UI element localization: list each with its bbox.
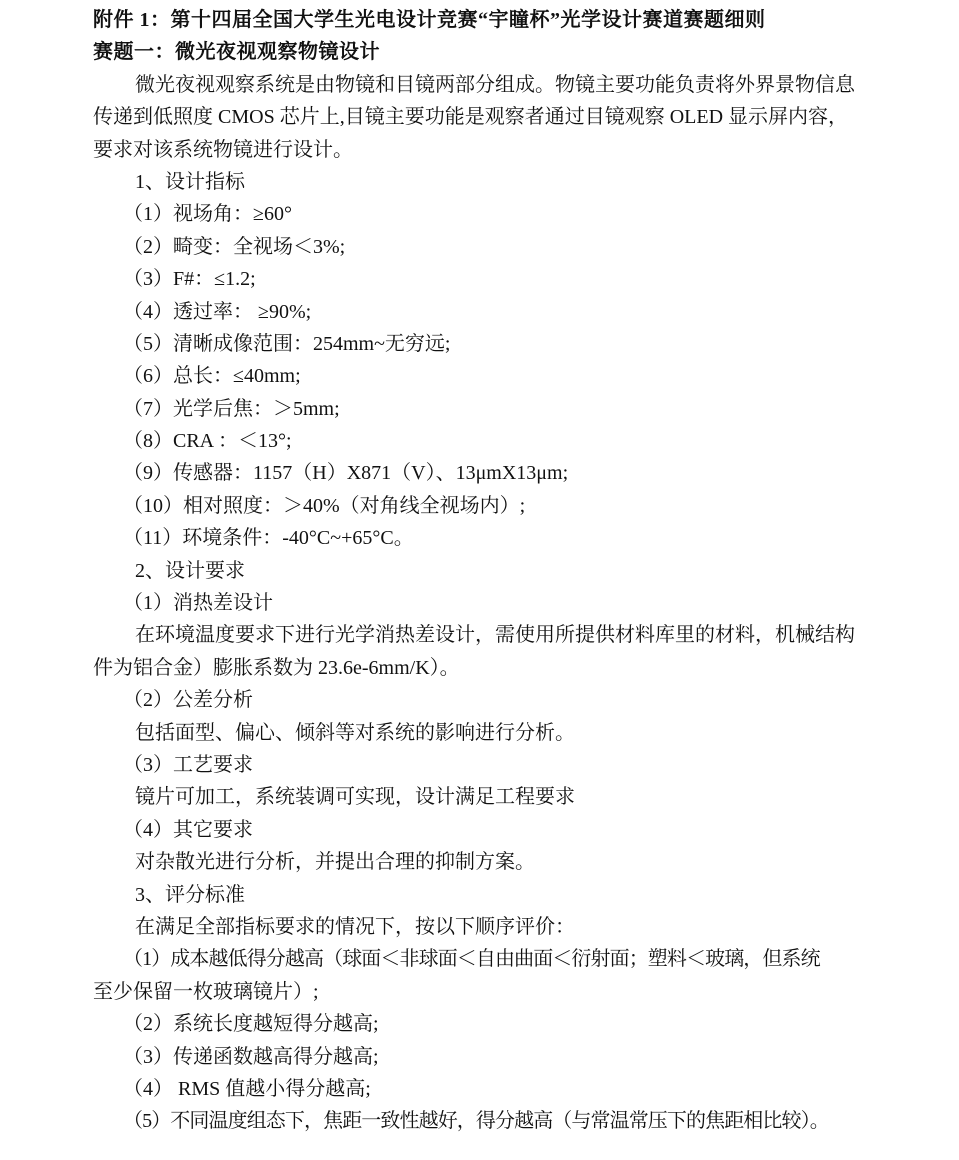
spec-10: （10）相对照度：＞40%（对角线全视场内）;: [93, 490, 879, 522]
score-4: （4） RMS 值越小得分越高;: [93, 1073, 879, 1105]
req-1-line-2: 件为铝合金）膨胀系数为 23.6e-6mm/K）。: [93, 652, 879, 684]
req-4-line-1: 对杂散光进行分析，并提出合理的抑制方案。: [93, 846, 879, 878]
spec-3: （3）F#：≤1.2;: [93, 263, 879, 295]
req-2-line-1: 包括面型、偏心、倾斜等对系统的影响进行分析。: [93, 717, 879, 749]
scoring-intro: 在满足全部指标要求的情况下，按以下顺序评价：: [93, 911, 879, 943]
document-body: 附件 1：第十四届全国大学生光电设计竞赛“宇瞳杯”光学设计赛道赛题细则赛题一：微…: [93, 4, 879, 1138]
score-1-line-1: （1）成本越低得分越高（球面＜非球面＜自由曲面＜衍射面；塑料＜玻璃，但系统: [93, 943, 879, 975]
score-5: （5）不同温度组态下，焦距一致性越好，得分越高（与常温常压下的焦距相比较）。: [93, 1105, 879, 1137]
score-1-line-2: 至少保留一枚玻璃镜片）;: [93, 976, 879, 1008]
section-2-heading: 2、设计要求: [93, 555, 879, 587]
spec-9: （9）传感器：1157（H）X871（V）、13μmX13μm;: [93, 457, 879, 489]
req-1-heading: （1）消热差设计: [93, 587, 879, 619]
spec-5: （5）清晰成像范围：254mm~无穷远;: [93, 328, 879, 360]
req-3-line-1: 镜片可加工，系统装调可实现，设计满足工程要求: [93, 781, 879, 813]
spec-8: （8）CRA ：＜13°;: [93, 425, 879, 457]
attachment-title: 附件 1：第十四届全国大学生光电设计竞赛“宇瞳杯”光学设计赛道赛题细则: [93, 4, 879, 36]
score-2: （2）系统长度越短得分越高;: [93, 1008, 879, 1040]
section-1-heading: 1、设计指标: [93, 166, 879, 198]
spec-4: （4）透过率： ≥90%;: [93, 296, 879, 328]
score-3: （3）传递函数越高得分越高;: [93, 1041, 879, 1073]
section-3-heading: 3、评分标准: [93, 879, 879, 911]
req-1-line-1: 在环境温度要求下进行光学消热差设计，需使用所提供材料库里的材料，机械结构: [93, 619, 879, 651]
spec-2: （2）畸变：全视场＜3%;: [93, 231, 879, 263]
document-page: 附件 1：第十四届全国大学生光电设计竞赛“宇瞳杯”光学设计赛道赛题细则赛题一：微…: [0, 0, 959, 1160]
req-4-heading: （4）其它要求: [93, 814, 879, 846]
req-2-heading: （2）公差分析: [93, 684, 879, 716]
intro-line-1: 微光夜视观察系统是由物镜和目镜两部分组成。物镜主要功能负责将外界景物信息: [93, 69, 879, 101]
intro-line-3: 要求对该系统物镜进行设计。: [93, 134, 879, 166]
spec-6: （6）总长：≤40mm;: [93, 360, 879, 392]
spec-11: （11）环境条件：-40°C~+65°C。: [93, 522, 879, 554]
spec-7: （7）光学后焦：＞5mm;: [93, 393, 879, 425]
intro-line-2: 传递到低照度 CMOS 芯片上,目镜主要功能是观察者通过目镜观察 OLED 显示…: [93, 101, 879, 133]
problem-title: 赛题一：微光夜视观察物镜设计: [93, 36, 879, 68]
spec-1: （1）视场角：≥60°: [93, 198, 879, 230]
req-3-heading: （3）工艺要求: [93, 749, 879, 781]
